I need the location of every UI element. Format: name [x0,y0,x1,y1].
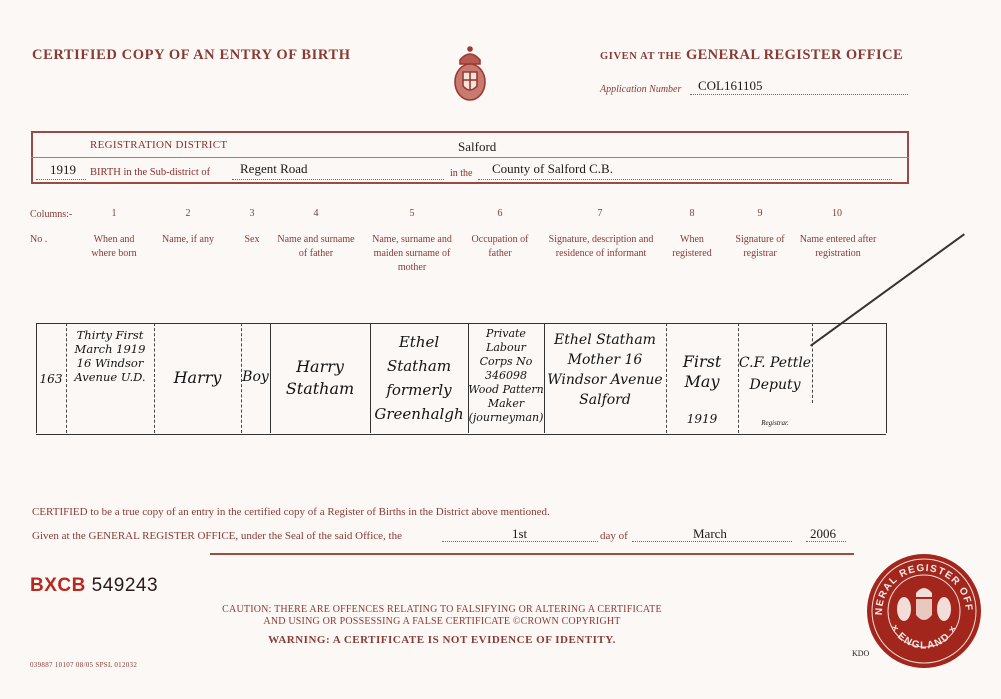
registration-district-value: Salford [458,139,496,155]
given-statement: Given at the GENERAL REGISTER OFFICE, un… [32,530,402,542]
registrar-printed-label: Registrar. [738,416,812,431]
entry-when-registered: First May [666,352,738,392]
certification-year: 2006 [810,526,836,542]
general-register-office-seal-icon: GENERAL REGISTER OFFICE × ENGLAND × [866,553,982,669]
column-number-5: 5 [392,208,432,219]
entry-sex: Boy [241,370,270,385]
column-header-8: When registered [664,233,720,261]
county-line [478,179,892,180]
divider-rule [210,553,854,555]
entry-registrar-signature: C.F. Pettle Deputy [738,352,812,396]
column-header-10: Name entered after registration [798,233,878,261]
entry-father: Harry Statham [270,356,370,400]
kdo-code: KDO [852,649,869,658]
caution-notice: CAUTION: THERE ARE OFFENCES RELATING TO … [200,604,684,628]
column-header-7: Signature, description and residence of … [540,233,662,261]
issuing-office-heading: GIVEN AT THE GENERAL REGISTER OFFICE [600,47,903,64]
subdistrict-value: Regent Road [240,161,308,177]
column-number-2: 2 [168,208,208,219]
column-number-3: 3 [232,208,272,219]
identity-warning: WARNING: A CERTIFICATE IS NOT EVIDENCE O… [200,634,684,646]
column-number-1: 1 [94,208,134,219]
columns-label: Columns:- [30,208,72,222]
column-number-6: 6 [480,208,520,219]
registration-box-divider [31,157,909,158]
application-number-line [690,94,908,95]
column-header-2: Name, if any [150,233,226,247]
registration-district-label: REGISTRATION DISTRICT [90,139,227,151]
column-header-3: Sex [232,233,272,247]
serial-prefix: BXCB [30,575,86,596]
entry-mother: Ethel Statham formerly Greenhalgh [370,330,468,426]
caution-line-1: CAUTION: THERE ARE OFFENCES RELATING TO … [200,604,684,616]
certified-statement: CERTIFIED to be a true copy of an entry … [32,506,550,518]
table-border [886,323,887,433]
general-register-office-label: GENERAL REGISTER OFFICE [686,47,903,63]
entry-occupation: Private Labour Corps No 346098 Wood Patt… [468,327,544,425]
year-line [36,179,86,180]
column-number-8: 8 [672,208,712,219]
column-header-5: Name, surname and maiden surname of moth… [366,233,458,275]
print-code: 039887 10107 08/05 SPSL 012032 [30,661,137,669]
subdistrict-line [232,179,444,180]
column-divider [812,323,813,403]
column-number-10: 10 [817,208,857,219]
column-number-4: 4 [296,208,336,219]
column-number-7: 7 [580,208,620,219]
certificate-serial-number: BXCB 549243 [30,575,158,597]
document-title: CERTIFIED COPY OF AN ENTRY OF BIRTH [32,47,351,64]
county-value: County of Salford C.B. [492,161,613,177]
registration-year: 1919 [50,162,76,178]
royal-coat-of-arms-icon [452,44,488,106]
entry-informant: Ethel Statham Mother 16 Windsor Avenue S… [544,330,666,410]
serial-digits: 549243 [92,575,158,596]
certification-day: 1st [512,526,527,542]
column-header-1: When and where born [84,233,144,261]
entry-name: Harry [154,370,241,385]
entry-when-where-born: Thirty First March 1919 16 Windsor Avenu… [66,328,154,384]
application-number-label: Application Number [600,84,681,95]
in-the-label: in the [450,168,473,179]
subdistrict-label: BIRTH in the Sub-district of [90,167,210,178]
column-header-6: Occupation of father [468,233,532,261]
entry-registered-year: 1919 [672,412,732,427]
column-header-9: Signature of registrar [726,233,794,261]
entry-number: 163 [37,372,65,387]
day-of-label: day of [600,530,628,542]
given-at-the-label: GIVEN AT THE [600,51,682,62]
certification-month: March [693,526,727,542]
column-number-9: 9 [740,208,780,219]
caution-line-2: AND USING OR POSSESSING A FALSE CERTIFIC… [200,616,684,628]
no-label: No . [30,233,47,247]
column-header-4: Name and surname of father [272,233,360,261]
application-number-value: COL161105 [698,78,763,94]
